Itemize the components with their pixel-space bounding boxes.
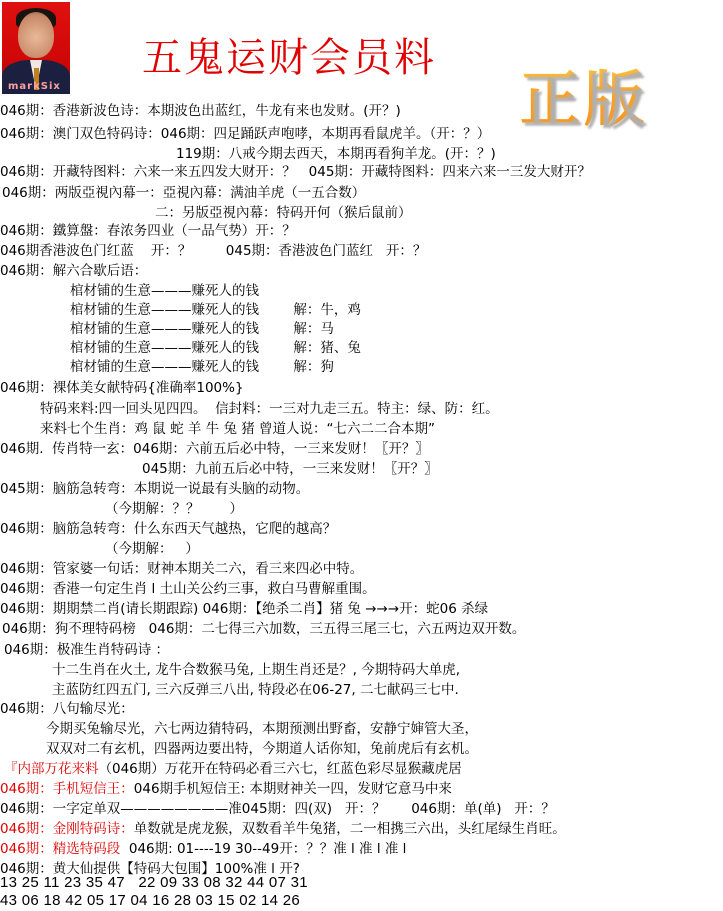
text-line: 主蓝防红四五门, 三六反弹三八出, 特段必在06-27, 二七献码三七中.	[52, 682, 459, 698]
text-line: 046期：狗不理特码榜 046期：二七得三六加数，三五得三尾三七，六五两边双开数…	[2, 621, 525, 637]
text-line: 二：另版亞視內幕：特码开何（猴后鼠前）	[155, 205, 412, 221]
number-row-2: 43 06 18 42 05 17 04 16 28 03 15 02 14 2…	[0, 893, 300, 909]
single-double-line: 046期：一字定单双————————准045期：四(双) 开：？ 046期：单(…	[0, 801, 555, 817]
text-line: 045期：九前五后必中特，一三来发财！〖开？〗	[142, 461, 438, 477]
highlight-text: 046期手机短信王: 本期财神关一四，发财它意马中来	[134, 781, 452, 797]
text-line: 046期：鐵算盤：春浓务四业（一品气势）开：？	[0, 223, 296, 239]
text-line: 来料七个生肖：鸡 鼠 蛇 羊 牛 兔 猪 曾道人说：“七六二二合本期”	[40, 421, 435, 437]
number-row-1: 13 25 11 23 35 47 22 09 33 08 32 44 07 3…	[0, 875, 308, 891]
text-line: 046期：脑筋急转弯：什么东西天气越热，它爬的越高？	[0, 521, 336, 537]
text-line: （今期解：？？ ）	[105, 501, 243, 517]
highlight-text: 单数就是虎龙猴，双数看羊牛兔猪，二一相携三六出，头红尾绿生肖旺。	[134, 821, 566, 837]
text-line: 棺材铺的生意———赚死人的钱 解：猪、兔	[70, 340, 361, 356]
text-line: 045期：脑筋急转弯：本期说一说最有头脑的动物。	[0, 481, 309, 497]
text-line: 046期：管家婆一句话：财神本期关二六，看三来四必中特。	[0, 561, 363, 577]
text-line: （今期解： ）	[105, 541, 199, 557]
text-line: 棺材铺的生意———赚死人的钱 解：狗	[70, 359, 334, 375]
text-line: 046期：八句输尽光：	[0, 701, 134, 717]
highlight-line: 046期：精选特码段 046期: 01----19 30--49开：？？准 l …	[0, 841, 406, 857]
highlight-line: 046期：金刚特码诗：单数就是虎龙猴，双数看羊牛兔猪，二一相携三六出，头红尾绿生…	[0, 821, 566, 837]
photo-head	[18, 12, 54, 58]
highlight-label: 046期：金刚特码诗：	[0, 821, 134, 837]
highlight-line: 046期：手机短信王：046期手机短信王: 本期财神关一四，发财它意马中来	[0, 781, 452, 797]
page-title: 五鬼运财会员料	[142, 26, 436, 83]
text-line: 今期买兔输尽光，六七两边猜特码，本期预测出野畜，安静宁婶管大圣，	[46, 721, 478, 737]
portrait-photo: markSix	[2, 2, 70, 94]
text-line: 特码来料:四一回头见四四。 信封料：一三对九走三五。特主：绿、防：红。	[40, 401, 499, 417]
text-line: 046期：香港新波色诗：本期波色出蓝红，牛龙有来也发财。(开？)	[0, 103, 401, 119]
text-line: 046期：开藏特图料：六来一来五四发大财开：？ 045期：开藏特图料：四来六来一…	[0, 164, 591, 180]
highlight-text: 046期: 01----19 30--49开：？？准 l 准 l 准 l	[120, 841, 406, 857]
text-line: 046期：香港一句定生肖 l 土山关公约三事，救白马曹解重围。	[0, 581, 376, 597]
text-line: 046期. 传肖特一玄：046期：六前五后必中特，一三来发财！〖开？〗	[0, 441, 429, 457]
text-line: 046期：裸体美女献特码{准确率100%}	[0, 380, 244, 396]
photo-logo: markSix	[8, 81, 61, 92]
text-line: 棺材铺的生意———赚死人的钱 解：马	[70, 321, 334, 337]
text-line: 棺材铺的生意———赚死人的钱	[70, 283, 259, 299]
text-line: 046期：澳门双色特码诗：046期：四足踊跃声咆哮，本期再看鼠虎羊。（开：？）	[0, 126, 490, 142]
text-line: 046期：期期禁二肖(请长期跟踪) 046期：【绝杀二肖】猪 兔 →→→开：蛇0…	[0, 601, 488, 617]
text-line: 046期：两版亞視內幕一：亞視內幕：满油羊虎（一五合数）	[2, 185, 365, 201]
highlight-text: （046期）万花开在特码必看三六七，红蓝色彩尽显猴藏虎居	[99, 761, 462, 777]
highlight-label: 046期：手机短信王：	[0, 781, 134, 797]
text-line: 双双对二有玄机，四器两边要出特，今期道人话你知，兔前虎后有玄机。	[46, 741, 478, 757]
highlight-line: 『内部万花来料（046期）万花开在特码必看三六七，红蓝色彩尽显猴藏虎居	[4, 761, 462, 777]
text-line: 119期：八戒今期去西天，本期再看狗羊龙。(开：？)	[176, 146, 496, 162]
text-line: 046期：极准生肖特码诗 ：	[4, 642, 169, 658]
text-line: 十二生肖在火土, 龙牛合数猴马兔, 上期生肖还是？, 今期特码大单虎,	[52, 662, 460, 678]
authentic-badge: 正版	[520, 52, 648, 138]
text-line: 046期香港波色门红蓝 开：？ 045期：香港波色门蓝红 开：？	[0, 243, 426, 259]
text-line: 棺材铺的生意———赚死人的钱 解：牛，鸡	[70, 302, 361, 318]
text-line: 046期：解六合歇后语：	[0, 263, 147, 279]
highlight-label: 046期：精选特码段	[0, 841, 120, 857]
highlight-label: 『内部万花来料	[4, 761, 99, 777]
